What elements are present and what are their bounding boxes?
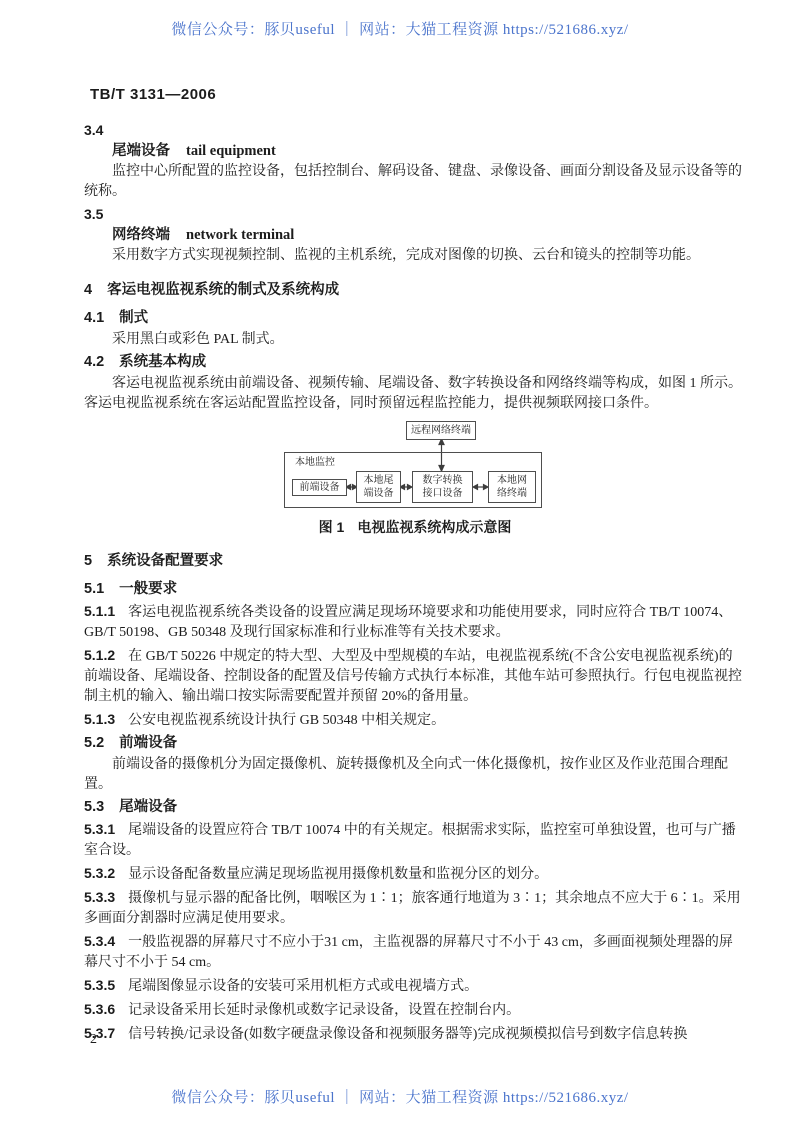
term-3-4-en: tail equipment	[186, 143, 276, 159]
section-5-2-title: 前端设备	[119, 735, 177, 751]
watermark-footer: 微信公众号：豚贝useful ｜ 网站：大猫工程资源 https://52168…	[0, 1086, 800, 1107]
clause-5-3-2-number: 5.3.2	[84, 865, 115, 881]
clause-5-3-3: 5.3.3摄像机与显示器的配备比例，咽喉区为 1∶1；旅客通行地道为 3∶1；其…	[84, 887, 746, 929]
figure-1-caption: 图 1电视监视系统构成示意图	[84, 517, 746, 537]
clause-5-1-3-text: 公安电视监视系统设计执行 GB 50348 中相关规定。	[128, 713, 445, 728]
fig-box-local-network-terminal: 本地网 络终端	[488, 471, 536, 503]
figure-1-caption-text: 电视监视系统构成示意图	[357, 519, 511, 535]
section-5-1-heading: 5.1一般要求	[84, 579, 746, 599]
section-4-heading: 4客运电视监视系统的制式及系统构成	[84, 280, 746, 300]
clause-5-3-5-text: 尾端图像显示设备的安装可采用机柜方式或电视墙方式。	[128, 979, 478, 994]
clause-5-1-2: 5.1.2在 GB/T 50226 中规定的特大型、大型及中型规模的车站，电视监…	[84, 645, 746, 707]
paragraph-4-1: 采用黑白或彩色 PAL 制式。	[84, 330, 746, 350]
clause-5-1-1-number: 5.1.1	[84, 603, 115, 619]
clause-5-3-7: 5.3.7信号转换/记录设备(如数字硬盘录像设备和视频服务器等)完成视频模拟信号…	[84, 1023, 746, 1045]
clause-5-3-5-number: 5.3.5	[84, 977, 115, 993]
clause-5-3-1: 5.3.1尾端设备的设置应符合 TB/T 10074 中的有关规定。根据需求实际…	[84, 819, 746, 861]
fig-box-local-tail-equipment: 本地尾 端设备	[356, 471, 401, 503]
clause-5-3-2-text: 显示设备配备数量应满足现场监视用摄像机数量和监视分区的划分。	[128, 867, 548, 882]
section-5-1-number: 5.1	[84, 581, 104, 597]
clause-3-5-number: 3.5	[84, 204, 746, 224]
fig-box-local-tail-line1: 本地尾	[364, 474, 394, 487]
clause-5-1-3-number: 5.1.3	[84, 711, 115, 727]
fig-box-local-net-line1: 本地网	[497, 474, 527, 487]
term-3-5-zh: 网络终端	[112, 227, 170, 243]
section-5-heading: 5系统设备配置要求	[84, 551, 746, 571]
section-5-2-heading: 5.2前端设备	[84, 733, 746, 753]
clause-3-4-number: 3.4	[84, 120, 746, 140]
clause-5-1-2-number: 5.1.2	[84, 647, 115, 663]
clause-5-3-5: 5.3.5尾端图像显示设备的安装可采用机柜方式或电视墙方式。	[84, 975, 746, 997]
clause-5-3-1-number: 5.3.1	[84, 821, 115, 837]
clause-5-3-7-text: 信号转换/记录设备(如数字硬盘录像设备和视频服务器等)完成视频模拟信号到数字信息…	[128, 1027, 687, 1042]
fig-box-local-tail-line2: 端设备	[364, 487, 394, 500]
section-4-1-number: 4.1	[84, 310, 104, 326]
clause-5-3-4-number: 5.3.4	[84, 933, 115, 949]
section-5-title: 系统设备配置要求	[107, 553, 223, 569]
section-4-1-heading: 4.1制式	[84, 308, 746, 328]
document-page: 微信公众号：豚贝useful ｜ 网站：大猫工程资源 https://52168…	[0, 0, 800, 1131]
section-4-title: 客运电视监视系统的制式及系统构成	[107, 282, 339, 298]
term-3-5-en: network terminal	[186, 227, 294, 243]
section-5-3-heading: 5.3尾端设备	[84, 797, 746, 817]
section-4-2-number: 4.2	[84, 354, 104, 370]
fig-box-local-net-line2: 络终端	[497, 487, 527, 500]
doc-code: TB/T 3131—2006	[90, 86, 746, 104]
clause-5-3-7-number: 5.3.7	[84, 1025, 115, 1041]
clause-5-3-6-number: 5.3.6	[84, 1001, 115, 1017]
clause-5-3-1-text: 尾端设备的设置应符合 TB/T 10074 中的有关规定。根据需求实际，监控室可…	[84, 823, 736, 858]
clause-5-3-4: 5.3.4一般监视器的屏幕尺寸不应小于31 cm，主监视器的屏幕尺寸不小于 43…	[84, 931, 746, 973]
figure-1: 远程网络终端 本地监控 前端设备 本地尾 端设备 数字转换 接口设备 本地网 络…	[84, 420, 746, 537]
fig-label-local-monitoring: 本地监控	[295, 456, 335, 469]
definition-3-5: 采用数字方式实现视频控制、监视的主机系统，完成对图像的切换、云台和镜头的控制等功…	[84, 246, 746, 266]
fig-box-digital-line2: 接口设备	[423, 487, 463, 500]
clause-5-3-2: 5.3.2显示设备配备数量应满足现场监视用摄像机数量和监视分区的划分。	[84, 863, 746, 885]
clause-5-3-3-text: 摄像机与显示器的配备比例，咽喉区为 1∶1；旅客通行地道为 3∶1；其余地点不应…	[84, 891, 741, 926]
fig-box-digital-line1: 数字转换	[423, 474, 463, 487]
clause-5-3-6: 5.3.6记录设备采用长延时录像机或数字记录设备，设置在控制台内。	[84, 999, 746, 1021]
clause-5-1-3: 5.1.3公安电视监视系统设计执行 GB 50348 中相关规定。	[84, 709, 746, 731]
term-3-5: 网络终端network terminal	[84, 225, 746, 245]
section-4-2-heading: 4.2系统基本构成	[84, 352, 746, 372]
term-3-4: 尾端设备tail equipment	[84, 141, 746, 161]
clause-5-1-1: 5.1.1客运电视监视系统各类设备的设置应满足现场环境要求和功能使用要求，同时应…	[84, 601, 746, 643]
page-number: 2	[90, 1032, 97, 1048]
fig-box-remote-network-terminal: 远程网络终端	[406, 421, 476, 440]
paragraph-4-2: 客运电视监视系统由前端设备、视频传输、尾端设备、数字转换设备和网络终端等构成，如…	[84, 374, 746, 414]
clause-5-3-3-number: 5.3.3	[84, 889, 115, 905]
section-4-1-title: 制式	[119, 310, 148, 326]
definition-3-4: 监控中心所配置的监控设备，包括控制台、解码设备、键盘、录像设备、画面分割设备及显…	[84, 162, 746, 202]
fig-box-front-end-equipment: 前端设备	[292, 479, 347, 496]
clause-5-1-1-text: 客运电视监视系统各类设备的设置应满足现场环境要求和功能使用要求，同时应符合 TB…	[84, 605, 732, 640]
section-5-1-title: 一般要求	[119, 581, 177, 597]
section-4-number: 4	[84, 282, 92, 298]
clause-5-3-4-text: 一般监视器的屏幕尺寸不应小于31 cm，主监视器的屏幕尺寸不小于 43 cm，多…	[84, 935, 733, 970]
fig-box-digital-interface-equipment: 数字转换 接口设备	[412, 471, 473, 503]
clause-5-1-2-text: 在 GB/T 50226 中规定的特大型、大型及中型规模的车站，电视监视系统(不…	[84, 649, 742, 704]
figure-1-caption-number: 图 1	[319, 519, 345, 535]
figure-1-diagram: 远程网络终端 本地监控 前端设备 本地尾 端设备 数字转换 接口设备 本地网 络…	[284, 420, 546, 512]
section-5-3-number: 5.3	[84, 799, 104, 815]
section-5-number: 5	[84, 553, 92, 569]
paragraph-5-2: 前端设备的摄像机分为固定摄像机、旋转摄像机及全向式一体化摄像机，按作业区及作业范…	[84, 755, 746, 795]
term-3-4-zh: 尾端设备	[112, 143, 170, 159]
clause-5-3-6-text: 记录设备采用长延时录像机或数字记录设备，设置在控制台内。	[128, 1003, 520, 1018]
section-5-2-number: 5.2	[84, 735, 104, 751]
section-4-2-title: 系统基本构成	[119, 354, 206, 370]
page-content: TB/T 3131—2006 3.4 尾端设备tail equipment 监控…	[0, 0, 800, 1047]
section-5-3-title: 尾端设备	[119, 799, 177, 815]
